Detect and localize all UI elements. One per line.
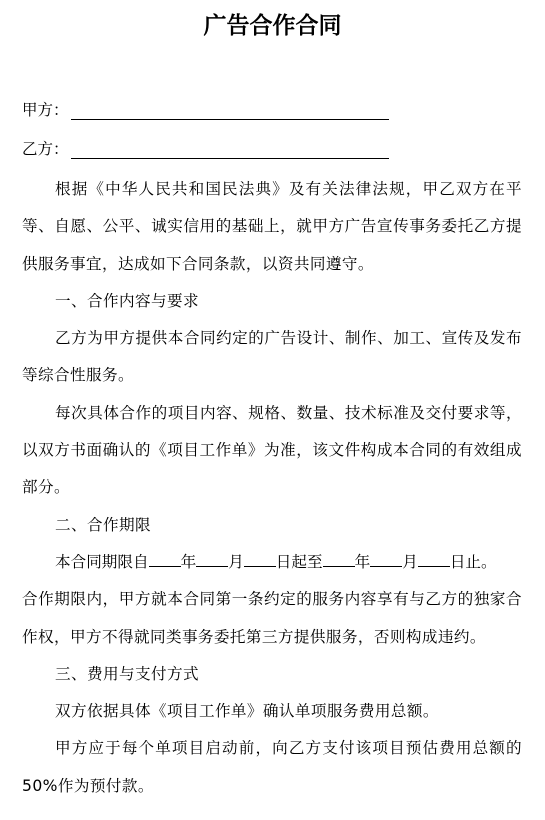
day-end-label: 日止。 [450,553,497,571]
party-a-line: 甲方： [22,100,389,120]
party-b-blank [71,142,389,159]
term-prefix: 本合同期限自 [55,553,149,571]
start-month-blank [196,551,228,567]
month-label: 月 [228,553,244,571]
end-month-blank [370,551,402,567]
party-a-label: 甲方： [22,100,69,120]
year-label: 年 [355,553,371,571]
section-2-paragraph-2: 合作期限内，甲方就本合同第一条约定的服务内容享有与乙方的独家合作权，甲方不得就同… [22,581,522,656]
section-2-heading: 二、合作期限 [22,507,522,544]
contract-body: 根据《中华人民共和国民法典》及有关法律法规，甲乙双方在平等、自愿、公平、诚实信用… [22,171,522,805]
section-1-heading: 一、合作内容与要求 [22,283,522,320]
start-day-blank [244,551,276,567]
section-3-paragraph-1: 双方依据具体《项目工作单》确认单项服务费用总额。 [22,693,522,730]
party-b-label: 乙方： [22,139,69,159]
year-label: 年 [181,553,197,571]
day-to-label: 日起至 [276,553,323,571]
month-label: 月 [402,553,418,571]
party-b-line: 乙方： [22,139,389,159]
end-day-blank [418,551,450,567]
end-year-blank [323,551,355,567]
section-1-paragraph-1: 乙方为甲方提供本合同约定的广告设计、制作、加工、宣传及发布等综合性服务。 [22,320,522,395]
start-year-blank [149,551,181,567]
section-3-paragraph-2: 甲方应于每个单项目启动前，向乙方支付该项目预估费用总额的50%作为预付款。 [22,730,522,805]
section-2-term-line: 本合同期限自年月日起至年月日止。 [22,544,522,581]
preamble-paragraph: 根据《中华人民共和国民法典》及有关法律法规，甲乙双方在平等、自愿、公平、诚实信用… [22,171,522,283]
section-3-heading: 三、费用与支付方式 [22,656,522,693]
section-1-paragraph-2: 每次具体合作的项目内容、规格、数量、技术标准及交付要求等，以双方书面确认的《项目… [22,395,522,507]
party-a-blank [71,103,389,120]
document-title: 广告合作合同 [0,10,545,42]
